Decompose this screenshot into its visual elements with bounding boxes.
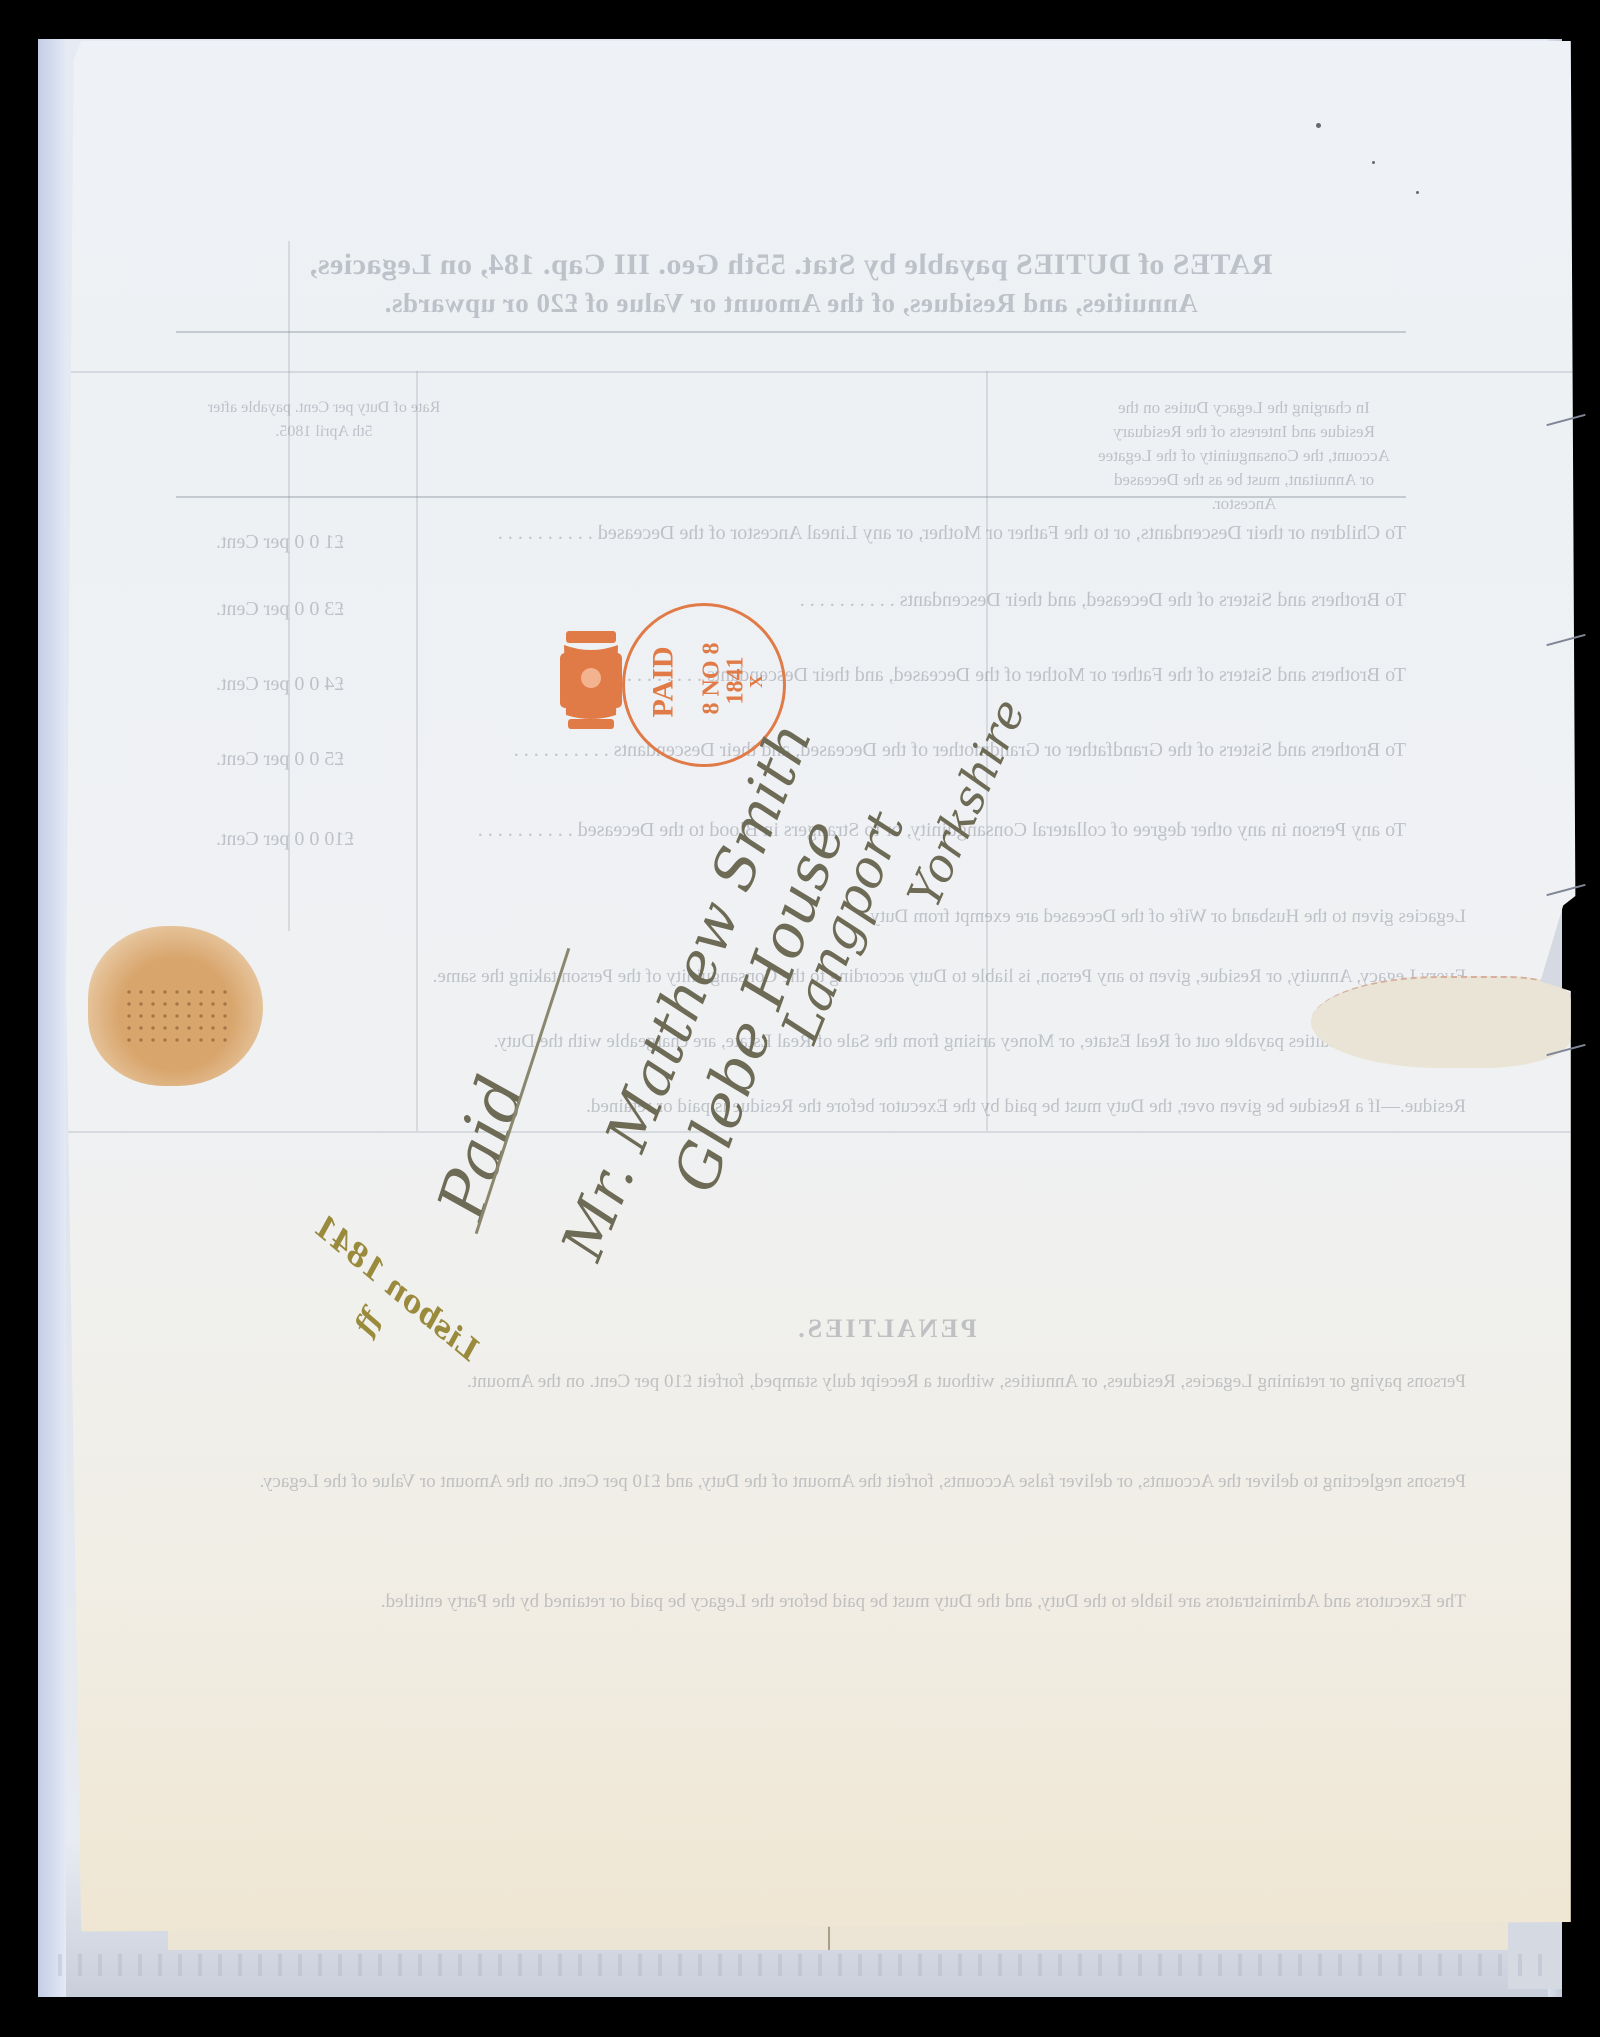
postmark-label: PAID — [647, 646, 681, 717]
photo-frame: RATES of DUTIES payable by Stat. 55th Ge… — [38, 39, 1562, 1997]
crown-icon — [558, 623, 624, 733]
heading-line-1: RATES of DUTIES payable by Stat. 55th Ge… — [176, 246, 1406, 284]
penalty-paragraph: Persons paying or retaining Legacies, Re… — [146, 1366, 1466, 1397]
postmark-date: 8 NO 8 — [699, 643, 726, 715]
duty-row-rate: £3 0 0 per Cent. — [216, 598, 486, 621]
duty-row-rate: £4 0 0 per Cent. — [216, 673, 486, 696]
penalty-paragraph: Persons neglecting to deliver the Accoun… — [146, 1466, 1466, 1497]
table-rule — [176, 496, 1406, 498]
heading-line-2: Annuities, and Residues, of the Amount o… — [176, 284, 1406, 322]
album-sleeve-left — [38, 39, 66, 1997]
sleeve-perforation — [48, 1954, 1552, 1976]
printed-heading: RATES of DUTIES payable by Stat. 55th Ge… — [176, 246, 1406, 322]
ink-speck — [1416, 191, 1419, 194]
duty-note: Residue.—If a Residue be given over, the… — [146, 1091, 1466, 1122]
fold-line — [66, 1131, 1586, 1133]
column-header-description: In charging the Legacy Duties on the Res… — [1094, 396, 1394, 516]
ink-speck — [1372, 161, 1375, 164]
handwritten-county: Yorkshire — [897, 691, 1036, 915]
wax-seal-stain — [88, 926, 263, 1086]
ink-bleed-mark: ff — [348, 1304, 388, 1341]
column-header-rate: Rate of Duty per Cent. payable after 5th… — [204, 396, 444, 444]
penalty-paragraph: The Executors and Administrators are lia… — [146, 1586, 1466, 1617]
letter-sheet: RATES of DUTIES payable by Stat. 55th Ge… — [66, 41, 1586, 1941]
duty-row-rate: £5 0 0 per Cent. — [216, 748, 486, 771]
duty-row-description: To Children or their Descendants, or to … — [406, 519, 1406, 547]
fold-line — [66, 371, 1586, 373]
ink-bleed-mark: Lisbon 1841 — [306, 1209, 486, 1368]
seal-texture — [123, 986, 233, 1046]
postmark-code: X — [746, 675, 767, 688]
heading-rule — [176, 331, 1406, 333]
penalties-title: PENALTIES. — [706, 1314, 1066, 1344]
duty-row-rate: £10 0 0 per Cent. — [216, 828, 486, 851]
seal-tear — [1311, 976, 1571, 1068]
duty-row-rate: £1 0 0 per Cent. — [216, 531, 486, 554]
ink-speck — [1316, 123, 1321, 128]
